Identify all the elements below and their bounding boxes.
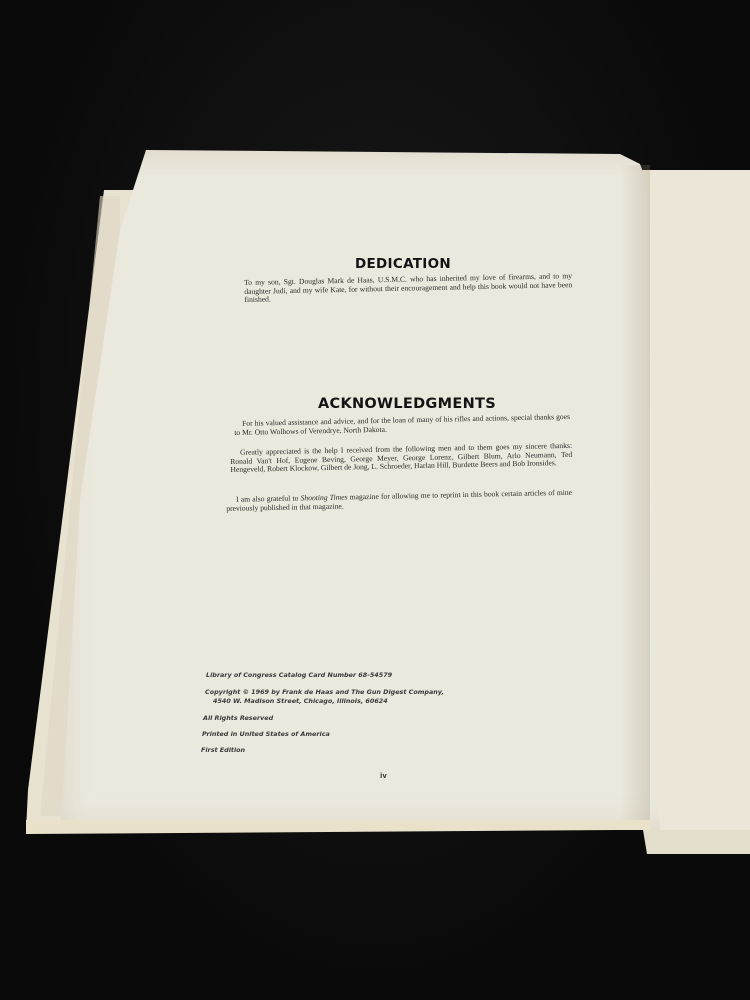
publisher-address: 4540 W. Madison Street, Chicago, Illinoi…: [213, 697, 388, 705]
dedication-text: To my son, Sgt. Douglas Mark de Haas, U.…: [244, 272, 572, 305]
acknowledgments-heading: ACKNOWLEDGMENTS: [318, 396, 496, 412]
page-number: iv: [380, 772, 387, 780]
acknowledgments-paragraph: For his valued assistance and advice, an…: [234, 413, 570, 437]
page-content: DEDICATION To my son, Sgt. Douglas Mark …: [0, 0, 750, 1000]
printed-in: Printed in United States of America: [202, 730, 330, 738]
catalog-card-number: Library of Congress Catalog Card Number …: [206, 671, 392, 679]
acknowledgments-paragraph: Greatly appreciated is the help I receiv…: [230, 442, 572, 475]
acknowledgments-paragraph: I am also grateful to Shooting Times mag…: [226, 489, 572, 513]
copyright-line: Copyright © 1969 by Frank de Haas and Th…: [205, 688, 444, 696]
dedication-heading: DEDICATION: [355, 256, 451, 272]
edition: First Edition: [201, 746, 245, 754]
rights-reserved: All Rights Reserved: [203, 714, 273, 722]
